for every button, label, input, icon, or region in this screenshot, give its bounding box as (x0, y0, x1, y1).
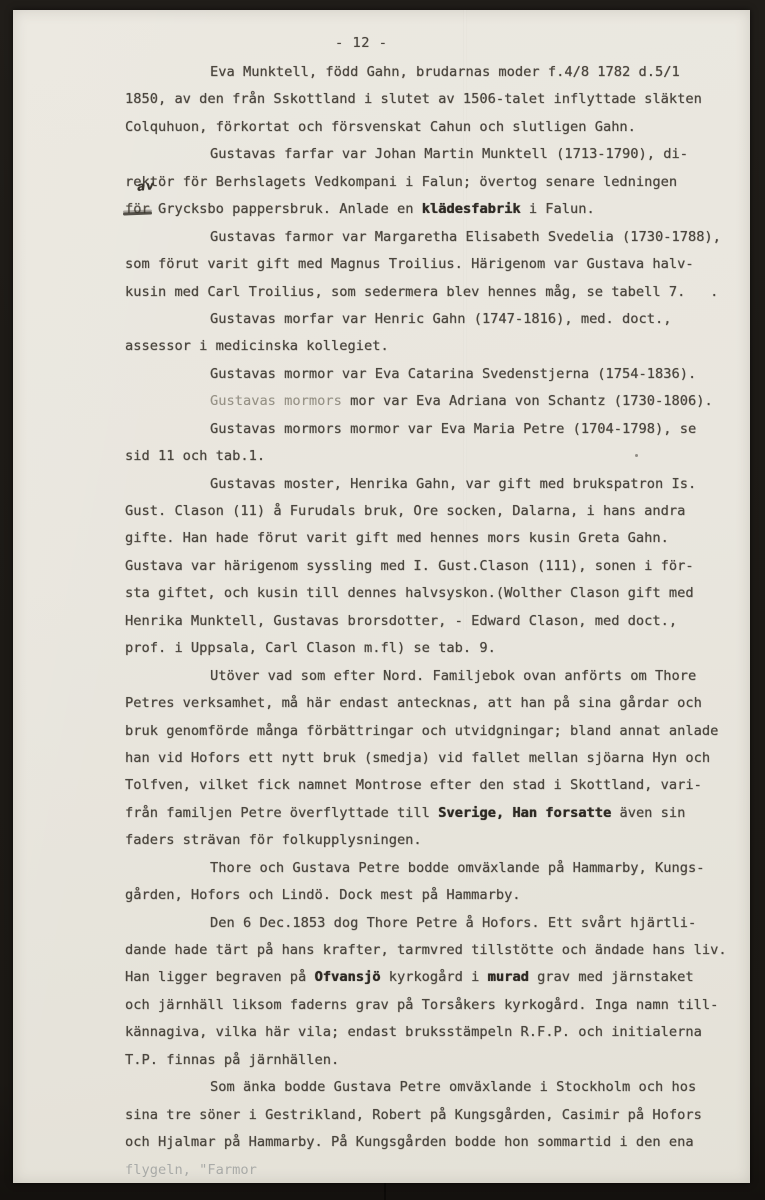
emphasized-text: Sverige, Han forsatte (438, 805, 611, 821)
text-line: Eva Munktell, född Gahn, brudarnas moder… (125, 59, 743, 86)
text-line: Gustavas mormor var Eva Catarina Svedens… (125, 361, 743, 388)
text-segment: Utöver vad som efter Nord. Familjebok ov… (210, 668, 696, 684)
text-segment: Gustavas farmor var Margaretha Elisabeth… (210, 229, 721, 245)
text-segment: 1850, av den från Sskottland i slutet av… (125, 91, 702, 107)
text-segment: prof. i Uppsala, Carl Clason m.fl) se ta… (125, 640, 496, 656)
text-line: kännagiva, vilka här vila; endast brukss… (125, 1019, 743, 1046)
text-line: sid 11 och tab.1. (125, 443, 743, 470)
text-segment: Gust. Clason (11) å Furudals bruk, Ore s… (125, 503, 685, 519)
text-line: prof. i Uppsala, Carl Clason m.fl) se ta… (125, 635, 743, 662)
text-line: bruk genomförde många förbättringar och … (125, 718, 743, 745)
text-segment: faders strävan för folkupplysningen. (125, 832, 422, 848)
emphasized-text: Ofvansjö (315, 969, 381, 985)
text-segment: kusin med Carl Troilius, som sedermera b… (125, 284, 718, 300)
text-line: gifte. Han hade förut varit gift med hen… (125, 525, 743, 552)
text-segment: bruk genomförde många förbättringar och … (125, 723, 718, 739)
text-line: och Hjalmar på Hammarby. På Kungsgården … (125, 1129, 743, 1156)
text-segment: Eva Munktell, född Gahn, brudarnas moder… (210, 64, 680, 80)
scanned-document-background: - 12 - Eva Munktell, född Gahn, brudarna… (0, 0, 765, 1200)
text-segment: Som änka bodde Gustava Petre omväxlande … (210, 1079, 696, 1095)
text-segment: han vid Hofors ett nytt bruk (smedja) vi… (125, 750, 710, 766)
text-segment: Gustavas moster, Henrika Gahn, var gift … (210, 476, 696, 492)
text-segment: Gustava var härigenom syssling med I. Gu… (125, 558, 694, 574)
text-segment: flygeln, "Farmor (125, 1162, 257, 1178)
text-segment: kännagiva, vilka här vila; endast brukss… (125, 1024, 702, 1040)
text-line: Gustava var härigenom syssling med I. Gu… (125, 553, 743, 580)
text-line: som förut varit gift med Magnus Troilius… (125, 251, 743, 278)
text-line: Han ligger begraven på Ofvansjö kyrkogår… (125, 964, 743, 991)
text-segment: rektör för Berhslagets Vedkompani i Falu… (125, 174, 677, 190)
text-segment: Tolfven, vilket fick namnet Montrose eft… (125, 777, 702, 793)
text-segment: grav med järnstaket (529, 969, 694, 985)
text-segment: mor var Eva Adriana von Schantz (1730-18… (342, 393, 713, 409)
handwritten-correction: av (136, 179, 155, 193)
text-line: Gustavas moster, Henrika Gahn, var gift … (125, 471, 743, 498)
text-line: assessor i medicinska kollegiet. (125, 333, 743, 360)
text-line: Gust. Clason (11) å Furudals bruk, Ore s… (125, 498, 743, 525)
text-segment: Thore och Gustava Petre bodde omväxlande… (210, 860, 704, 876)
text-block: Eva Munktell, född Gahn, brudarnas moder… (125, 59, 743, 1184)
text-line: T.P. finnas på järnhällen. (125, 1047, 743, 1074)
text-line: Som änka bodde Gustava Petre omväxlande … (125, 1074, 743, 1101)
text-segment: som förut varit gift med Magnus Troilius… (125, 256, 694, 272)
emphasized-text: murad (488, 969, 529, 985)
text-segment: Gustavas mormor var Eva Catarina Svedens… (210, 366, 696, 382)
text-segment: och Hjalmar på Hammarby. På Kungsgården … (125, 1134, 694, 1150)
text-segment: Han ligger begraven på (125, 969, 315, 985)
page-number: - 12 - (335, 34, 387, 52)
text-line: han vid Hofors ett nytt bruk (smedja) vi… (125, 745, 743, 772)
text-line: Petres verksamhet, må här endast anteckn… (125, 690, 743, 717)
text-line: faders strävan för folkupplysningen. (125, 827, 743, 854)
text-segment: Gustavas mormors mormor var Eva Maria Pe… (210, 421, 696, 437)
document-page: - 12 - Eva Munktell, född Gahn, brudarna… (13, 10, 750, 1183)
text-line: Gustavas farmor var Margaretha Elisabeth… (125, 224, 743, 251)
text-segment: Den 6 Dec.1853 dog Thore Petre å Hofors.… (210, 915, 696, 931)
text-segment: och järnhäll liksom faderns grav på Tors… (125, 997, 718, 1013)
text-segment: assessor i medicinska kollegiet. (125, 338, 389, 354)
text-line: sta giftet, och kusin till dennes halvsy… (125, 580, 743, 607)
text-segment: kyrkogård i (380, 969, 487, 985)
faded-text: Gustavas mormors (210, 393, 342, 409)
text-line: Den 6 Dec.1853 dog Thore Petre å Hofors.… (125, 910, 743, 937)
text-segment: Henrika Munktell, Gustavas brorsdotter, … (125, 613, 677, 629)
text-line: Tolfven, vilket fick namnet Montrose eft… (125, 772, 743, 799)
text-line: från familjen Petre överflyttade till Sv… (125, 800, 743, 827)
text-line: Thore och Gustava Petre bodde omväxlande… (125, 855, 743, 882)
text-segment: sid 11 och tab.1. (125, 448, 265, 464)
text-line: Gustavas mormors mor var Eva Adriana von… (125, 388, 743, 415)
text-segment: gården, Hofors och Lindö. Dock mest på H… (125, 887, 521, 903)
text-line: Utöver vad som efter Nord. Familjebok ov… (125, 663, 743, 690)
text-line: 1850, av den från Sskottland i slutet av… (125, 86, 743, 113)
text-line: och järnhäll liksom faderns grav på Tors… (125, 992, 743, 1019)
emphasized-text: klädesfabrik (422, 201, 521, 217)
text-line: Colquhuon, förkortat och försvenskat Cah… (125, 114, 743, 141)
text-segment: dande hade tärt på hans krafter, tarmvre… (125, 942, 727, 958)
text-line: Gustavas morfar var Henric Gahn (1747-18… (125, 306, 743, 333)
text-segment: gifte. Han hade förut varit gift med hen… (125, 530, 669, 546)
text-segment: sta giftet, och kusin till dennes halvsy… (125, 585, 694, 601)
text-line: dande hade tärt på hans krafter, tarmvre… (125, 937, 743, 964)
text-segment: även sin (611, 805, 685, 821)
text-line: gården, Hofors och Lindö. Dock mest på H… (125, 882, 743, 909)
text-segment: Petres verksamhet, må här endast anteckn… (125, 695, 702, 711)
text-line: Gustavas mormors mormor var Eva Maria Pe… (125, 416, 743, 443)
text-segment: sina tre söner i Gestrikland, Robert på … (125, 1107, 702, 1123)
text-line: förav Grycksbo pappersbruk. Anlade en kl… (125, 196, 743, 223)
text-segment: från familjen Petre överflyttade till (125, 805, 438, 821)
struck-word: förav (125, 196, 150, 223)
text-segment: Colquhuon, förkortat och försvenskat Cah… (125, 119, 636, 135)
text-segment: Gustavas farfar var Johan Martin Munktel… (210, 146, 688, 162)
text-line: flygeln, "Farmor (125, 1157, 743, 1184)
text-line: Henrika Munktell, Gustavas brorsdotter, … (125, 608, 743, 635)
text-segment: i Falun. (521, 201, 595, 217)
text-segment: T.P. finnas på järnhällen. (125, 1052, 339, 1068)
text-segment: Gustavas morfar var Henric Gahn (1747-18… (210, 311, 671, 327)
text-line: kusin med Carl Troilius, som sedermera b… (125, 279, 743, 306)
text-segment: Grycksbo pappersbruk. Anlade en (150, 201, 422, 217)
text-line: sina tre söner i Gestrikland, Robert på … (125, 1102, 743, 1129)
text-line: rektör för Berhslagets Vedkompani i Falu… (125, 169, 743, 196)
text-line: Gustavas farfar var Johan Martin Munktel… (125, 141, 743, 168)
